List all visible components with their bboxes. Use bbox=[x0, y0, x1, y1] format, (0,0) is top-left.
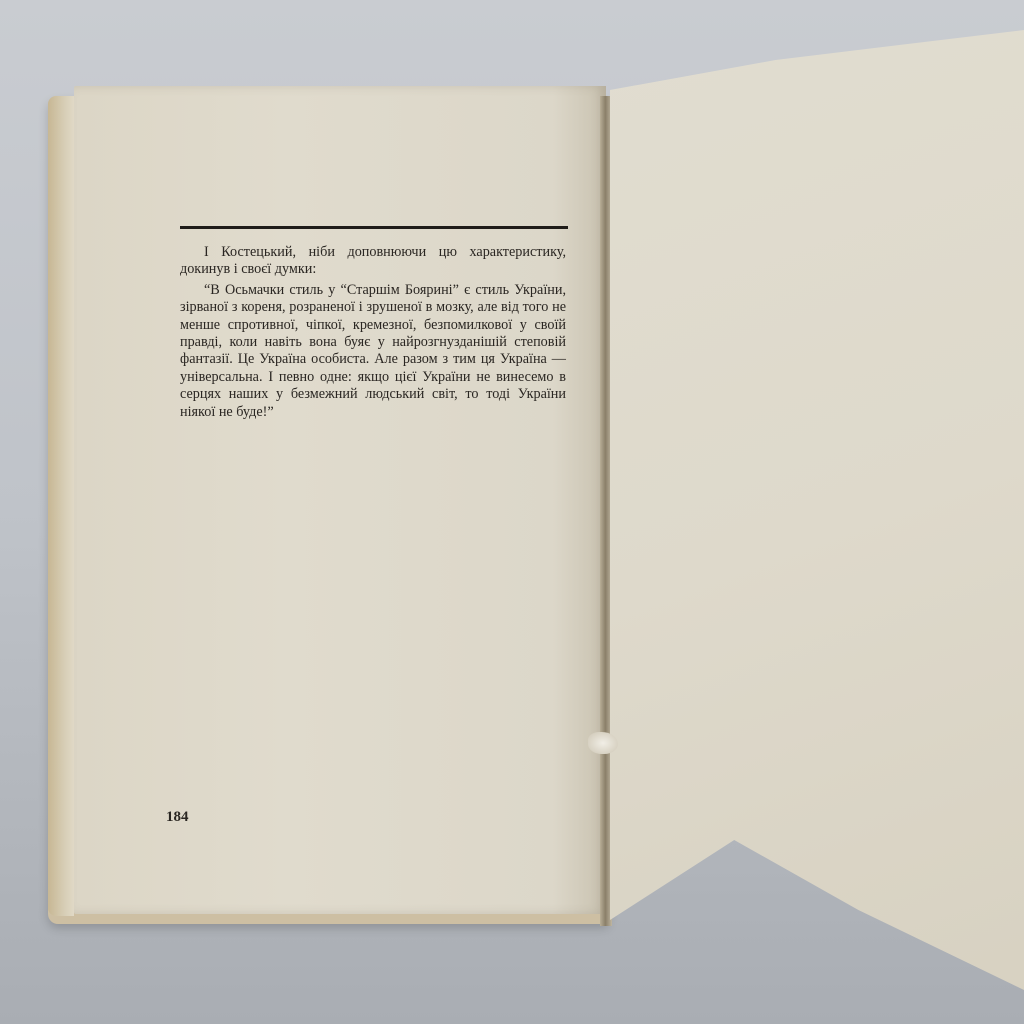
section-divider-rule bbox=[180, 226, 568, 229]
paragraph-quote: “В Осьмачки стиль у “Старшім Боярині” є … bbox=[180, 282, 566, 421]
body-text: І Костецький, ніби доповнюючи цю характе… bbox=[180, 244, 566, 421]
paper-tear bbox=[588, 732, 618, 754]
right-page-blank bbox=[610, 30, 1024, 1024]
page-number: 184 bbox=[166, 809, 189, 826]
left-page bbox=[74, 86, 606, 914]
paragraph-intro: І Костецький, ніби доповнюючи цю характе… bbox=[180, 244, 566, 279]
